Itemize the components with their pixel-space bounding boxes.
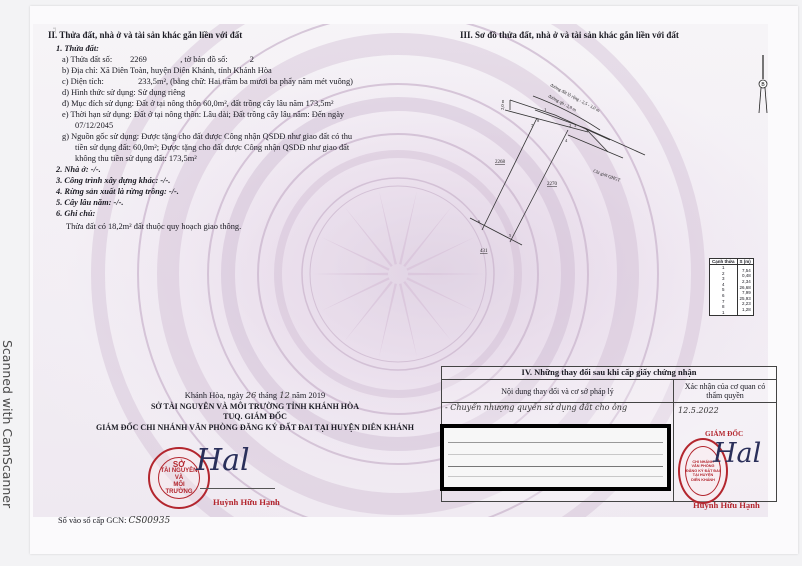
signature-right: Hal <box>713 438 761 469</box>
svg-text:5: 5 <box>509 233 512 238</box>
section4-title: IV. Những thay đổi sau khi cấp giấy chứn… <box>442 367 777 380</box>
notes-text: Thửa đất có 18,2m² đất thuộc quy hoạch g… <box>66 221 438 232</box>
perennial-trees-row: 5. Cây lâu năm: -/-. <box>56 197 438 208</box>
signature-left: Hal <box>196 443 250 478</box>
neighbor-parcel-right: 2270 <box>547 182 558 187</box>
origin-row: g) Nguồn gốc sử dụng: Được tặng cho đất … <box>62 131 438 142</box>
land-heading: 1. Thửa đất: <box>56 43 438 54</box>
watermark-text: Scanned with CamScanner <box>0 340 15 508</box>
issuing-agency: SỞ TÀI NGUYÊN VÀ MÔI TRƯỜNG TỈNH KHÁNH H… <box>60 402 450 413</box>
neighbor-parcel-left: 2268 <box>495 160 506 165</box>
parcel-map: đường đất lộ rộng : 2,5 - 3,0 m đường qh… <box>460 70 660 260</box>
confirm-title: GIÁM ĐỐC <box>705 430 743 438</box>
address-row: b) Địa chỉ: Xã Diên Toàn, huyện Diên Khá… <box>62 65 438 76</box>
usage-term-row: e) Thời hạn sử dụng: Đất ở tại nông thôn… <box>62 109 438 120</box>
col-header-content: Nội dung thay đổi và cơ sở pháp lý <box>442 380 674 403</box>
section2-title: II. Thửa đất, nhà ở và tài sản khác gắn … <box>48 30 438 41</box>
neighbor-parcel-bottom: 431 <box>480 249 488 254</box>
area-value: 233,5m², (bằng chữ: Hai trăm ba mươi ba … <box>138 77 353 86</box>
boundary-label: Chỉ giới QHGT <box>593 168 622 182</box>
notes-heading: 6. Ghi chú: <box>56 208 438 219</box>
issue-date: Khánh Hòa, ngày 26 tháng 12 năm 2019 <box>60 390 450 402</box>
usage-form-row: d) Hình thức sử dụng: Sử dụng riêng <box>62 87 438 98</box>
signer-name-left: Huỳnh Hữu Hạnh <box>213 497 280 507</box>
section-land-info: II. Thửa đất, nhà ở và tài sản khác gắn … <box>48 30 438 232</box>
change-entry-text: - Chuyển nhượng quyền sử dụng đất cho ôn… <box>445 403 670 412</box>
issuing-office: GIÁM ĐỐC CHI NHÁNH VĂN PHÒNG ĐĂNG KÝ ĐẤT… <box>60 423 450 434</box>
section3-title: III. Sơ đồ thửa đất, nhà ở và tài sản kh… <box>460 30 679 40</box>
parcel-number: 2269 <box>116 54 178 65</box>
issue-day: 26 <box>246 390 257 400</box>
redacted-block <box>440 424 671 491</box>
area-row: c) Diện tích: 233,5m², (bằng chữ: Hai tr… <box>62 76 438 87</box>
svg-text:1: 1 <box>544 107 546 112</box>
house-row: 2. Nhà ở: -/-. <box>56 164 438 175</box>
gcn-registry: Số vào sổ cấp GCN: CS00935 <box>58 516 170 526</box>
signer-name-right: Huỳnh Hữu Hạnh <box>693 500 760 510</box>
on-behalf: TUQ. GIÁM ĐỐC <box>60 412 450 423</box>
usage-purpose-row: đ) Mục đích sử dụng: Đất ở tại nông thôn… <box>62 98 438 109</box>
gcn-number: CS00935 <box>128 516 170 526</box>
parcel-row: a) Thửa đất số: 2269 , tờ bản đồ số: 2 <box>62 54 438 65</box>
table-header-length: S (m) <box>737 259 753 265</box>
map-sheet-number: 2 <box>250 55 254 64</box>
change-date: 12.5.2022 <box>678 406 719 415</box>
signature-underline <box>200 488 275 489</box>
issue-month: 12 <box>279 390 290 400</box>
issuance-signature-block: Khánh Hòa, ngày 26 tháng 12 năm 2019 SỞ … <box>60 390 450 433</box>
table-body: 123456781 7,540,482,3426,687,9925,932,23… <box>710 265 754 316</box>
col-header-confirm: Xác nhận của cơ quan có thẩm quyền <box>674 380 777 403</box>
svg-text:4: 4 <box>565 138 568 143</box>
svg-text:2: 2 <box>569 123 571 128</box>
production-forest-row: 4. Rừng sản xuất là rừng trồng: -/-. <box>56 186 438 197</box>
edge-length-table: Cạnh thửa S (m) 123456781 7,540,482,3426… <box>709 258 754 316</box>
svg-text:3: 3 <box>574 123 577 128</box>
width-label: 2,0 m <box>500 99 506 110</box>
table-header-edge: Cạnh thửa <box>710 259 738 265</box>
usage-term-date: 07/12/2045 <box>75 120 438 131</box>
north-arrow-icon: B <box>755 55 771 113</box>
other-construction-row: 3. Công trình xây dựng khác: -/-. <box>56 175 438 186</box>
